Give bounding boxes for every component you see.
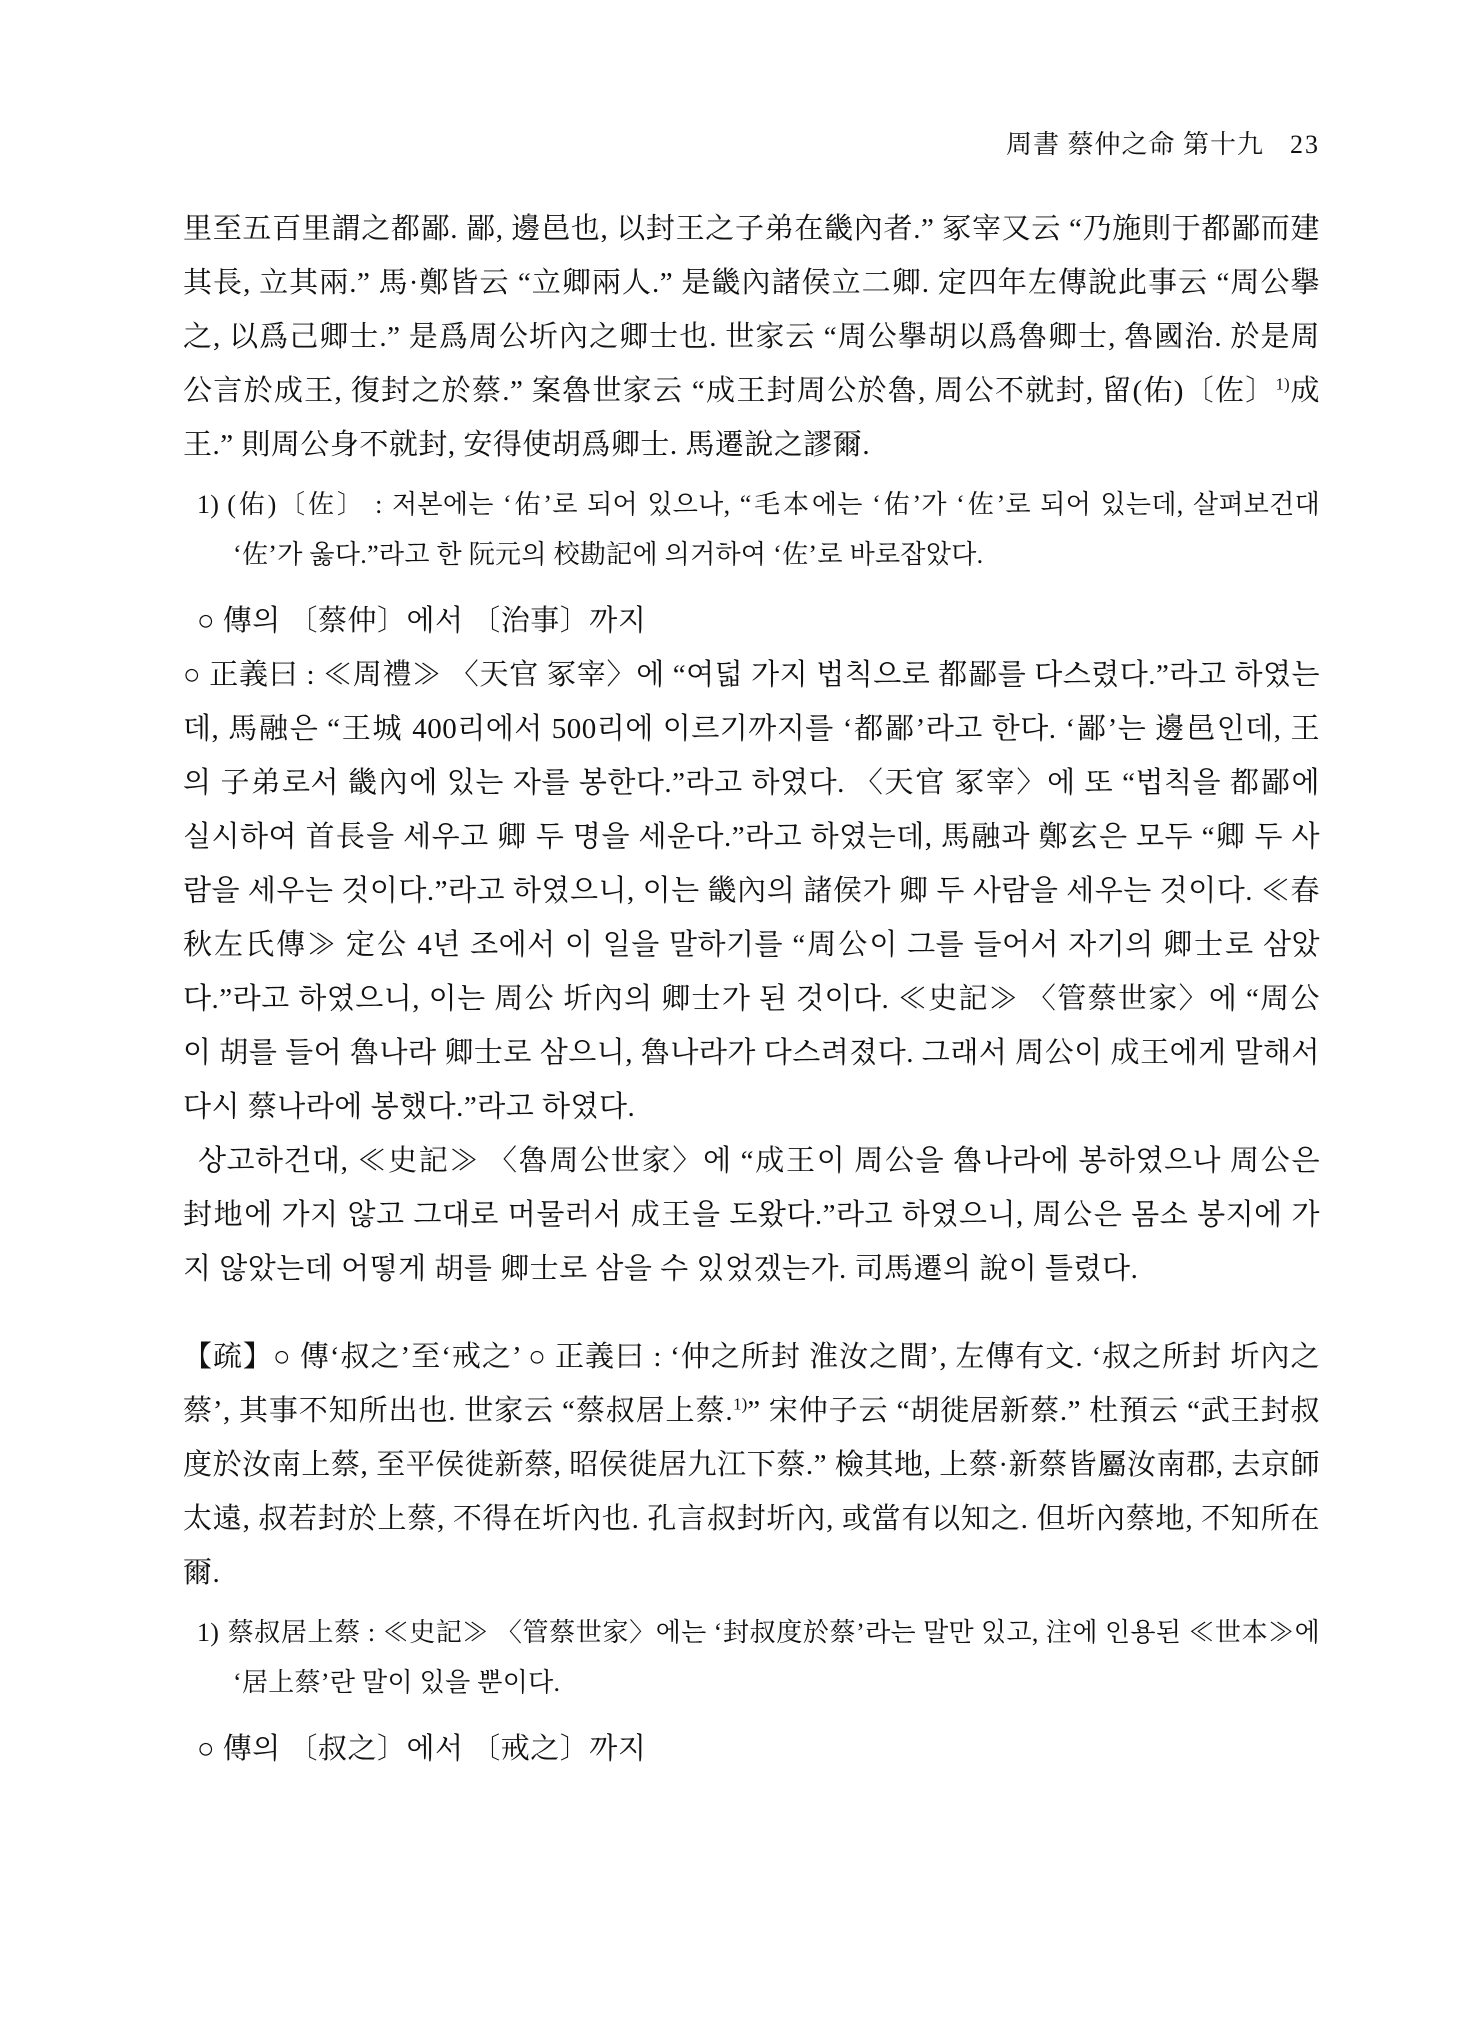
footnote-text: 蔡叔居上蔡 : ≪史記≫ 〈管蔡世家〉에는 ‘封叔度於蔡’라는 말만 있고, 注…	[227, 1618, 1320, 1697]
classical-text-paragraph: 里至五百里謂之都鄙. 鄙, 邊邑也, 以封王之子弟在畿內者.” 冢宰又云 “乃施…	[183, 202, 1320, 472]
chapter-title: 周書 蔡仲之命 第十九	[1006, 130, 1264, 159]
translation-paragraph: 상고하건대, ≪史記≫ 〈魯周公世家〉에 “成王이 周公을 魯나라에 봉하였으나…	[183, 1134, 1320, 1296]
running-head: 周書 蔡仲之命 第十九23	[183, 128, 1320, 162]
footnote-number: 1)	[197, 1608, 219, 1658]
subcommentary-paragraph: 【疏】○ 傳‘叔之’至‘戒之’ ○ 正義曰 : ‘仲之所封 淮汝之間’, 左傳有…	[183, 1330, 1320, 1600]
page-number: 23	[1290, 128, 1320, 162]
commentary-range-note: ○ 傳의 〔蔡仲〕에서 〔治事〕까지	[183, 594, 1320, 648]
book-page: 周書 蔡仲之命 第十九23 里至五百里謂之都鄙. 鄙, 邊邑也, 以封王之子弟在…	[0, 0, 1480, 2024]
footnote-reference: 1)	[733, 1394, 747, 1413]
footnote: 1)蔡叔居上蔡 : ≪史記≫ 〈管蔡世家〉에는 ‘封叔度於蔡’라는 말만 있고,…	[183, 1608, 1320, 1708]
paragraph-text: 里至五百里謂之都鄙. 鄙, 邊邑也, 以封王之子弟在畿內者.” 冢宰又云 “乃施…	[183, 213, 1320, 407]
footnote-number: 1)	[197, 480, 219, 530]
page-content: 里至五百里謂之都鄙. 鄙, 邊邑也, 以封王之子弟在畿內者.” 冢宰又云 “乃施…	[183, 202, 1320, 1776]
translation-paragraph: ○ 正義曰 : ≪周禮≫ 〈天官 冢宰〉에 “여덟 가지 법칙으로 都鄙를 다스…	[183, 648, 1320, 1134]
subcommentary-marker: 【疏】	[183, 1341, 273, 1373]
footnote-text: (佑)〔佐〕 : 저본에는 ‘佑’로 되어 있으나, “毛本에는 ‘佑’가 ‘佐…	[227, 490, 1320, 569]
commentary-range-note: ○ 傳의 〔叔之〕에서 〔戒之〕까지	[183, 1722, 1320, 1776]
footnote: 1)(佑)〔佐〕 : 저본에는 ‘佑’로 되어 있으나, “毛本에는 ‘佑’가 …	[183, 480, 1320, 580]
footnote-reference: 1)	[1276, 374, 1290, 393]
